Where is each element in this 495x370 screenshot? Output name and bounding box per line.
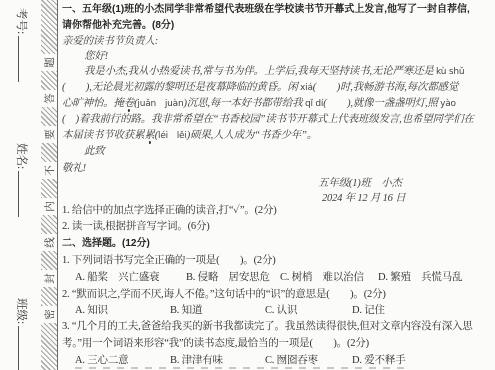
option-d: D. 爱不释手 xyxy=(352,354,405,367)
seal-char: 不 xyxy=(41,162,57,179)
option-b: B. 津津有味 xyxy=(170,354,223,367)
subquestion-1: 1. 给信中的加点字选择正确的读音,打“✓”。(2分) xyxy=(62,204,277,217)
choice-q3-stem-line1: 3. “几个月的工夫,爸爸给我买的新书我都读完了。我虽然读得很快,但对文章内容没… xyxy=(62,320,473,333)
class-field: 班级: xyxy=(14,298,31,370)
letter-greeting: 您好! xyxy=(84,50,108,63)
letter-signature: 五年级(1)班 小杰 xyxy=(318,177,402,190)
option-a: A. 三心二意 xyxy=(75,354,128,367)
choice-q3-stem-line2: 考。”用一个词语来形容“我”的读书态度,最恰当的一项是( )。(2分) xyxy=(62,337,369,350)
letter-body-line: 我是小杰,我从小热爱读书,常与书为伴。上学后,我每天坚持读书,无论严寒还是 kù… xyxy=(84,65,464,79)
letter-body-line: ( )着我前行的路。我非常希望在“书香校园”读书节开幕式上代表班级发言,也希望同… xyxy=(62,113,474,126)
letter-date: 2024 年 12 月 16 日 xyxy=(322,192,405,205)
choice-q2-stem: 2. “默而识之,学而不厌,诲人不倦。”这句话中的“识”的意思是( )。(2分) xyxy=(62,288,386,301)
section-two-title: 二、选择题。(12分) xyxy=(62,237,150,250)
choice-q1-stem: 1. 下列词语书写完全正确的一项是( )。(2分) xyxy=(62,254,276,267)
letter-body-line: ( ),无论晨光初露的黎明还是夜幕降临的黄昏。闲 xiá( )时,我畅游书海,每… xyxy=(62,81,458,95)
option-a: A. 知识 xyxy=(75,304,108,317)
class-blank xyxy=(18,326,31,370)
option-d: D. 记住 xyxy=(352,304,385,317)
seal-char: 内 xyxy=(41,198,57,215)
option-c: C. 认识 xyxy=(265,304,297,317)
partial-cutoff-line xyxy=(75,367,405,369)
class-label: 班级: xyxy=(15,298,27,324)
seal-char: 线 xyxy=(41,234,57,251)
letter-salutation: 亲爱的读书节负责人: xyxy=(62,35,158,48)
seal-char: 要 xyxy=(41,126,57,143)
student-name-field: 姓名: xyxy=(14,143,31,217)
option-d: D. 繁殖 兵慌马乱 xyxy=(378,271,462,284)
student-name-blank xyxy=(18,171,31,217)
exam-paper: 考号: 姓名: 班级: 题 答 要 不 内 线 封 密 一、五年级(1)班的小杰… xyxy=(0,0,495,370)
option-b: B. 知道 xyxy=(170,304,202,317)
seal-char: 封 xyxy=(41,270,57,287)
seal-line-strip: 题 答 要 不 内 线 封 密 xyxy=(41,0,58,370)
letter-body-line: 心旷神怡。掩卷(juǎn juàn)沉思,每一本好书都带给我 qǐ dí( ),… xyxy=(62,97,456,111)
section-one-title: 一、五年级(1)班的小杰同学非常希望代表班级在学校读书节开幕式上发言,他写了一封… xyxy=(62,3,470,16)
letter-closing-cizhi: 此致 xyxy=(84,145,105,158)
exam-number-field: 考号: xyxy=(14,8,31,82)
option-c: C. 囫囵吞枣 xyxy=(265,354,318,367)
exam-number-label: 考号: xyxy=(15,8,27,34)
subquestion-2: 2. 读一读,根据拼音写字词。(6分) xyxy=(62,220,210,233)
letter-body-line: 本届读书节收获累累(léi lěi)硕果,人人成为“书香少年”。 xyxy=(62,129,317,143)
section-one-title-cont: 请你帮他补充完善。(8分) xyxy=(62,19,174,32)
option-b: B. 侵略 居安思危 xyxy=(186,271,270,284)
option-c: C. 树梢 难以治信 xyxy=(280,271,364,284)
seal-char: 密 xyxy=(41,306,57,323)
student-name-label: 姓名: xyxy=(15,143,27,169)
letter-closing-jingli: 敬礼! xyxy=(62,162,86,175)
option-a: A. 船桨 兴亡盛衰 xyxy=(75,271,159,284)
seal-char: 题 xyxy=(41,54,57,71)
seal-char: 答 xyxy=(41,90,57,107)
exam-number-blank xyxy=(18,36,31,82)
